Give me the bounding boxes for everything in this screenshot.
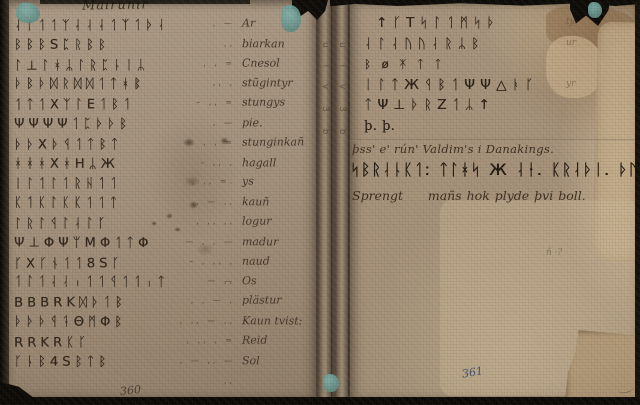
rune-sequence: Ψ ⊥ Φ Ψ ᛘ M Φ ᛐ ᛏ Φ: [14, 233, 149, 253]
rune-sequence: ᛆ ᛚ ᛆ ᚢ ᚢ ᛆ ᚱ ᛦ ᛒ: [364, 34, 480, 55]
rune-sequence: ᚦ ᚦ ᚦ ᛩ ᛑ Θ ᛗ Φ ᛒ: [14, 312, 123, 332]
faint-note: tyr: [566, 12, 579, 33]
rune-row: ᚦ ᚦ X ᚦ ᛩ ᛐ ᛏ ᛒ ᛏ , , = stunginkañ: [14, 132, 314, 153]
faint-margin-mark: ñ ·?: [546, 248, 562, 258]
rune-name-label: stunginkañ: [242, 132, 304, 152]
rune-sequence: ᚴ ᚿ ᛒ 4 S ᛒ ᛏ ᛒ: [14, 352, 107, 372]
right-page-number: 361: [461, 364, 484, 380]
rune-row: R R K R ᛕ ᚴ , ,, , = Reid: [14, 330, 314, 351]
ditto-marks: — , , —: [177, 232, 235, 252]
left-page: Malrunir ᛆ ᛚ ᛐ ᛐ ᛉ ᛆ ᛆ ᛆ ᛐ ᛉ ᛐ ᚦ ᛆ , — A…: [8, 0, 318, 399]
ditto-marks: , ,, ,,: [177, 212, 235, 232]
rune-name-label: Cnesol: [242, 53, 280, 73]
rune-row: ᛐ ᛚ ᛐ ᛆ ᛆ ᛧ ᛐ ᛐ ᛩ ᛐ ᛐ ᛧ ᛏ — ,, Os: [14, 271, 314, 292]
rune-row: ᛆ ᛚ ᛐ ᛐ ᛉ ᛆ ᛆ ᛆ ᛐ ᛉ ᛐ ᚦ ᛆ , — Ar: [14, 13, 314, 34]
binding-strip: u i v 3 b: [335, 0, 348, 405]
ditto-marks: , , =: [177, 53, 235, 73]
ditto-marks: — ,,: [177, 271, 235, 291]
rune-name-label: pie.: [242, 113, 263, 133]
rune-sequence: Ψ Ψ Ψ Ψ ᛐ ᛈ ᚦ ᚦ ᛒ: [14, 114, 128, 134]
page-heading: Malrunir: [82, 0, 149, 14]
runic-verse: ᛋᛒᚱᛆᚿᛕᛐ: ᛏᛚᚼᛋ Ж ᛆᚽ. ᛕᚱᛆᚦᛁ. ᚦᚢᛁ ᛒᛆᛐᛐ: [350, 160, 640, 179]
rune-row: ᛏ Ψ ⊥ ᚦ ᚱ Z ᛐ ᛦ ↑: [354, 94, 624, 115]
rune-row: ᛆ ᛚ ᛆ ᚢ ᚢ ᛆ ᚱ ᛦ ᛒ ur: [354, 33, 624, 54]
strip-letters: u i v 3 b: [320, 42, 330, 141]
rune-sequence: ᚼ ᚼ ᚼ X ᚼ H ᛦ Ж: [14, 154, 115, 174]
faint-note: yr: [566, 74, 575, 95]
book-edge: [0, 397, 640, 405]
rune-row: ᛐ ᛏ ᛐ X ᛉ ᛚ Ε ᛐ ᛒ ᛐ – ,, = stungys: [14, 93, 314, 114]
rune-row: ᚴ X ᚴ ᚾ ᛐ ᛐ 8 S ᚴ – , ,, , — naud: [14, 251, 314, 272]
rune-row: þ. þ.: [354, 115, 624, 136]
rune-sequence: þ. þ.: [364, 117, 396, 138]
rune-name-label: madur: [242, 232, 278, 252]
rune-row: ᛚ ᚱ ᛚ ᛩ ᛚ ᛆ ᛚ ᚴ , ,, ,, logur: [14, 211, 314, 232]
ditto-marks: , , — ,: [177, 291, 235, 311]
rune-sequence: ᛕ ᛐ ᛕ ᛚ ᛕ ᛕ ᛐ ᛐ ᛏ: [14, 194, 118, 214]
rune-sequence: ᛁ ᛚ ᛏ Ж ᛩ ᛒ ᛐ Ψ Ψ △ ᚭ ᚴ: [364, 75, 534, 96]
binding-gutter: u i v 3 b u i v 3 b: [316, 0, 352, 405]
rune-sequence: ᛏ Ψ ⊥ ᚦ ᚱ Z ᛐ ᛦ ↑: [364, 95, 491, 116]
rune-row: ᛒ ᛒ ᛒ S ᛈ ᚱ ᛒ ᛒ ,, biarkan: [14, 33, 314, 54]
ditto-marks: – ,, ,: [177, 153, 235, 173]
rune-row: ↑ ᚴ T ᛋ ᛚ ᛐ ᛗ ᛋ ᚦ tyr: [354, 12, 624, 33]
rune-row: ᚦ ᛒ ᚦ ᛞ ᚱ ᛞ ᛞ ᛐ ᛏ ᚼ ᛔ ,, , stũgintyr: [14, 73, 314, 94]
rune-row: ᛕ ᛐ ᛕ ᛚ ᛕ ᛕ ᛐ ᛐ ᛏ , — ,, kauñ: [14, 192, 314, 213]
ditto-marks: – ,, =: [177, 93, 235, 113]
ditto-marks: , , =: [177, 132, 235, 152]
rune-sequence: ᚦ ᛒ ᚦ ᛞ ᚱ ᛞ ᛞ ᛐ ᛏ ᚼ ᛔ: [14, 75, 142, 95]
manuscript-scan: Malrunir ᛆ ᛚ ᛐ ᛐ ᛉ ᛆ ᛆ ᛆ ᛐ ᛉ ᛐ ᚦ ᛆ , — A…: [0, 0, 640, 405]
rune-sequence: ↑ ᚴ T ᛋ ᛚ ᛐ ᛗ ᛋ ᚦ: [376, 13, 496, 34]
ditto-marks: ,, ,: [177, 73, 235, 93]
ditto-marks: , — ,,: [177, 192, 235, 212]
rune-row: ᛁ ᛚ ᛏ Ж ᛩ ᛒ ᛐ Ψ Ψ △ ᚭ ᚴ yr: [354, 74, 624, 95]
caption-line: þss' e' rún' Valdim's i Danakings.: [352, 142, 554, 156]
rune-row: ᛒ ø ᛡ ᛏ ᛏ: [354, 53, 624, 74]
ditto-marks: , —: [177, 113, 235, 133]
rune-row: ᛚ ⊥ ᛚ ᚼ ᛦ ᛚ ᚱ ᛈ ᚿ ᛁ ᛦ , , = Cnesol: [14, 53, 314, 74]
ditto-marks: , ,, , =: [177, 330, 235, 350]
rune-name-label: stungys: [242, 93, 285, 113]
ditto-marks: , ,, =.: [177, 172, 235, 192]
binding-strip: u i v 3 b: [318, 0, 331, 405]
corner-scribble: [617, 383, 634, 394]
rune-name-label: ys: [242, 172, 254, 192]
ditto-marks: , — ,, — ,,: [177, 351, 235, 391]
faint-note: ur: [566, 33, 576, 54]
right-page: ↑ ᚴ T ᛋ ᛚ ᛐ ᛗ ᛋ ᚦ tyr ᛆ ᛚ ᛆ ᚢ ᚢ ᛆ ᚱ ᛦ ᛒ …: [350, 0, 636, 399]
rune-row: ᚼ ᚼ ᚼ X ᚼ H ᛦ Ж – ,, , hagall: [14, 152, 314, 173]
rune-name-label: naud: [242, 251, 270, 271]
rune-sequence: ᛒ ᛒ ᛒ S ᛈ ᚱ ᛒ ᛒ: [14, 35, 106, 55]
ditto-marks: ,,: [177, 34, 235, 54]
rune-name-label: Kaun tvist:: [242, 311, 302, 331]
book-edge: [0, 0, 9, 405]
rune-name-label: biarkan: [242, 34, 285, 54]
rune-name-label: hagall: [242, 153, 276, 173]
rune-table: ᛆ ᛚ ᛐ ᛐ ᛉ ᛆ ᛆ ᛆ ᛐ ᛉ ᛐ ᚦ ᛆ , — Ar ᛒ ᛒ ᛒ S…: [14, 14, 314, 370]
rune-name-label: Sol: [242, 351, 260, 371]
rune-row: ᛁ ᛚ ᛐ ᛚ ᛐ ᚱ ᚺ ᛐ ᛐ , ,, =. ys: [14, 172, 314, 193]
rune-table: ↑ ᚴ T ᛋ ᛚ ᛐ ᛗ ᛋ ᚦ tyr ᛆ ᛚ ᛆ ᚢ ᚢ ᛆ ᚱ ᛦ ᛒ …: [354, 12, 624, 135]
rune-row: Ψ ⊥ Φ Ψ ᛘ M Φ ᛐ ᛏ Φ — , , — madur: [14, 231, 314, 252]
rune-name-label: Reid: [242, 330, 267, 350]
strip-letters: u i v 3 b: [337, 42, 347, 141]
rune-name-label: stũgintyr: [242, 74, 293, 94]
rune-row: ᚦ ᚦ ᚦ ᛩ ᛑ Θ ᛗ Φ ᛒ , ,, — ,, Kaun tvist:: [14, 310, 314, 331]
book-edge: [635, 0, 640, 405]
rune-name-label: plästur: [242, 291, 282, 311]
rune-sequence: ᛒ ø ᛡ ᛏ ᛏ: [364, 54, 445, 75]
rune-name-label: kauñ: [242, 192, 269, 212]
ditto-marks: , —: [177, 14, 235, 34]
left-page-number: 360: [119, 383, 141, 398]
rune-name-label: Os: [242, 272, 257, 292]
verse-transliteration: Sprengt mañs hok plyde þvi boll.: [352, 188, 586, 203]
rune-row: Ψ Ψ Ψ Ψ ᛐ ᛈ ᚦ ᚦ ᛒ , — pie.: [14, 112, 314, 133]
rune-name-label: Ar: [242, 14, 255, 34]
fold-crease: [350, 139, 636, 141]
ditto-marks: , ,, — ,,: [177, 311, 235, 331]
rune-row: B B B R K ᛞ ᚦ ᛐ ᛒ , , — , plästur: [14, 291, 314, 312]
rune-row: ᚴ ᚿ ᛒ 4 S ᛒ ᛏ ᛒ , — ,, — ,, Sol: [14, 350, 314, 371]
rune-name-label: logur: [242, 211, 272, 231]
